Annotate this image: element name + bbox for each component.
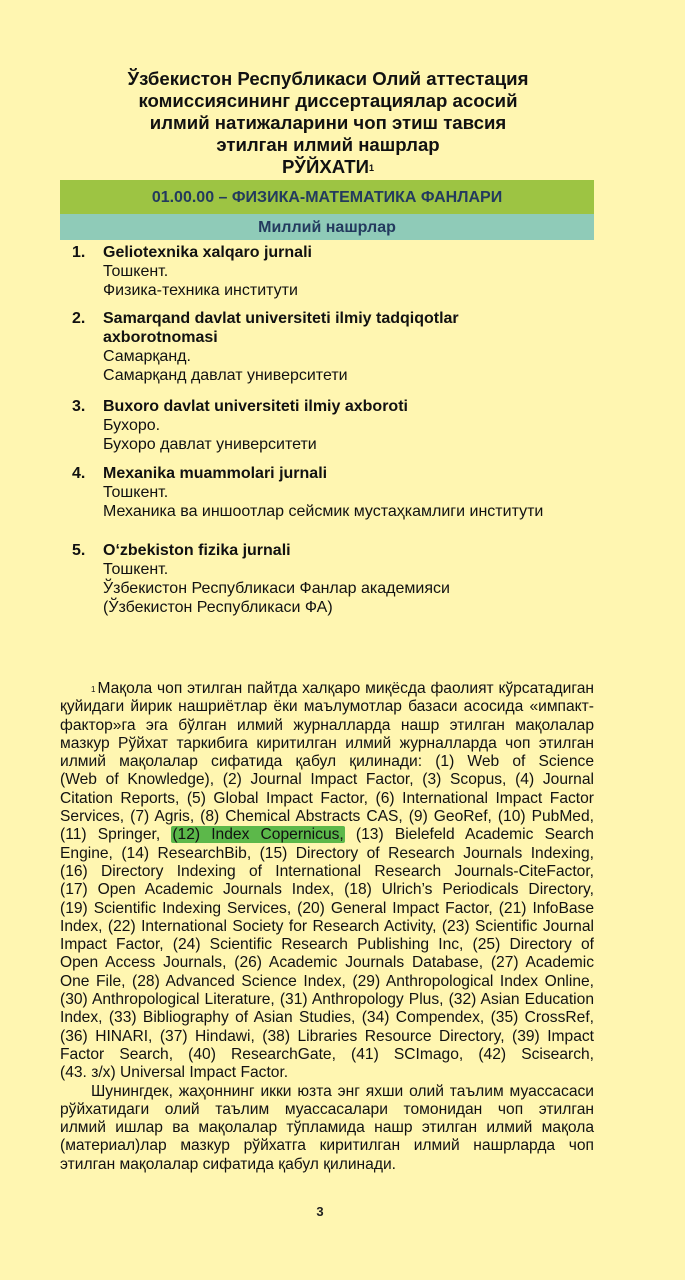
title-line: илмий натижаларини чоп этиш тавсия <box>0 112 656 134</box>
journal-publisher: (Ўзбекистон Республикаси ФА) <box>103 598 612 617</box>
footnote-line: фактор»га эга бўлган илмий журналларда н… <box>60 717 594 735</box>
journal-city: Бухоро. <box>103 416 612 435</box>
footnote-text: (19) Scientific Indexing Services, (20) … <box>60 900 594 917</box>
footnote-reference: 1 <box>369 163 374 173</box>
footnote-text: Engine, (14) ResearchBib, (15) Directory… <box>60 845 594 862</box>
footnote-line: Engine, (14) ResearchBib, (15) Directory… <box>60 845 594 863</box>
footnote-line: Services, (7) Agris, (8) Chemical Abstra… <box>60 808 594 826</box>
footnote-line: рўйхатидаги олий таълим муассасалари том… <box>60 1101 594 1119</box>
footnote-line: Factor Search, (40) ResearchGate, (41) S… <box>60 1046 594 1064</box>
title-list-word: РЎЙХАТИ1 <box>0 156 656 178</box>
footnote-text: (30) Anthropological Literature, (31) An… <box>60 991 594 1008</box>
footnote-text: (36) HINARI, (37) Hindawi, (38) Librarie… <box>60 1028 594 1045</box>
journal-number: 1. <box>72 243 100 262</box>
journal-publisher: Механика ва иншоотлар сейсмик мустаҳкамл… <box>103 502 612 521</box>
footnote-line: Index, (33) Bibliography of Asian Studie… <box>60 1009 594 1027</box>
journal-number: 2. <box>72 309 100 328</box>
footnote-line: One File, (28) Advanced Science Index, (… <box>60 973 594 991</box>
footnote-line: (Web of Knowledge), (2) Journal Impact F… <box>60 771 594 789</box>
footnote: 1Мақола чоп этилган пайтда халқаро миқёс… <box>60 680 594 1174</box>
footnote-mark: 1 <box>91 685 95 694</box>
footnote-text: Citation Reports, (5) Global Impact Fact… <box>60 790 594 807</box>
journal-publisher: Физика-техника институти <box>103 281 612 300</box>
subsection-heading-banner: Миллий нашрлар <box>60 214 594 240</box>
footnote-text: Factor Search, (40) ResearchGate, (41) S… <box>60 1046 594 1063</box>
footnote-paragraph: 1Мақола чоп этилган пайтда халқаро миқёс… <box>60 680 594 1083</box>
journal-name: axborotnomasi <box>103 328 612 347</box>
footnote-line: (17) Open Academic Journals Index, (18) … <box>60 881 594 899</box>
journal-name: Geliotexnika xalqaro jurnali <box>103 243 612 262</box>
journal-item: 2. Samarqand davlat universiteti ilmiy t… <box>72 309 612 385</box>
journal-publisher: Самарқанд давлат университети <box>103 366 612 385</box>
footnote-text: (16) Directory Indexing of International… <box>60 863 594 880</box>
section-heading-banner: 01.00.00 – ФИЗИКА-МАТЕМАТИКА ФАНЛАРИ <box>60 180 594 214</box>
footnote-text: фактор»га эга бўлган илмий журналларда н… <box>60 717 594 734</box>
footnote-line: 1Мақола чоп этилган пайтда халқаро миқёс… <box>60 680 594 698</box>
footnote-line: илмий ишлар ва мақолалар тўпламида нашр … <box>60 1119 594 1137</box>
footnote-text: мазкур Рўйхат таркибига киритилган илмий… <box>60 735 594 752</box>
footnote-line: (30) Anthropological Literature, (31) An… <box>60 991 594 1009</box>
title-line: этилган илмий нашрлар <box>0 134 656 156</box>
journal-name: Buxoro davlat universiteti ilmiy axborot… <box>103 397 612 416</box>
journal-city: Тошкент. <box>103 560 612 579</box>
title-line: комиссиясининг диссертациялар асосий <box>0 90 656 112</box>
journal-name: Mexanika muammolari jurnali <box>103 464 612 483</box>
journal-city: Тошкент. <box>103 262 612 281</box>
journal-number: 3. <box>72 397 100 416</box>
footnote-line: (19) Scientific Indexing Services, (20) … <box>60 900 594 918</box>
footnote-text: Index, (33) Bibliography of Asian Studie… <box>60 1009 594 1026</box>
footnote-text: (11) Springer, <box>60 826 171 843</box>
journal-publisher: Ўзбекистон Республикаси Фанлар академияс… <box>103 579 612 598</box>
footnote-line: қуйидаги йирик нашриётлар ёки маълумотла… <box>60 698 594 716</box>
footnote-line: (36) HINARI, (37) Hindawi, (38) Librarie… <box>60 1028 594 1046</box>
journal-item: 1. Geliotexnika xalqaro jurnali Тошкент.… <box>72 243 612 300</box>
journal-item: 5. O‘zbekiston fizika jurnali Тошкент. Ў… <box>72 541 612 617</box>
footnote-line: Index, (22) International Society for Re… <box>60 918 594 936</box>
footnote-line: Open Access Journals, (26) Academic Jour… <box>60 954 594 972</box>
title-line: Ўзбекистон Республикаси Олий аттестация <box>0 68 656 90</box>
journal-number: 4. <box>72 464 100 483</box>
journal-city: Тошкент. <box>103 483 612 502</box>
journal-publisher: Бухоро давлат университети <box>103 435 612 454</box>
footnote-line: (материал)лар мазкур рўйхатга киритилган… <box>60 1137 594 1155</box>
footnote-text: (Web of Knowledge), (2) Journal Impact F… <box>60 771 594 788</box>
journal-name: O‘zbekiston fizika jurnali <box>103 541 612 560</box>
page-number: 3 <box>0 1204 640 1219</box>
footnote-line: мазкур Рўйхат таркибига киритилган илмий… <box>60 735 594 753</box>
footnote-line: Шунингдек, жаҳоннинг икки юзта энг яхши … <box>60 1083 594 1101</box>
journal-city: Самарқанд. <box>103 347 612 366</box>
footnote-text: Мақола чоп этилган пайтда халқаро миқёсд… <box>97 680 594 697</box>
footnote-text: (13) Bielefeld Academic Search <box>345 826 594 843</box>
document-title: Ўзбекистон Республикаси Олий аттестация … <box>0 68 656 178</box>
footnote-text: One File, (28) Advanced Science Index, (… <box>60 973 594 990</box>
footnote-text: илмий мақолалар сифатида қабул қилинади:… <box>60 753 594 770</box>
footnote-line: (11) Springer, (12) Index Copernicus, (1… <box>60 826 594 844</box>
journal-number: 5. <box>72 541 100 560</box>
footnote-line: Impact Factor, (24) Scientific Research … <box>60 936 594 954</box>
footnote-text: (43. з/х) Universal Impact Factor. <box>60 1064 288 1081</box>
footnote-line: Citation Reports, (5) Global Impact Fact… <box>60 790 594 808</box>
journal-item: 4. Mexanika muammolari jurnali Тошкент. … <box>72 464 612 521</box>
footnote-text: қуйидаги йирик нашриётлар ёки маълумотла… <box>60 698 594 715</box>
footnote-text: (17) Open Academic Journals Index, (18) … <box>60 881 594 898</box>
footnote-line: илмий мақолалар сифатида қабул қилинади:… <box>60 753 594 771</box>
highlighted-index-copernicus: (12) Index Copernicus, <box>171 826 344 843</box>
footnote-line: этилган мақолалар сифатида қабул қилинад… <box>60 1156 594 1174</box>
footnote-text: Open Access Journals, (26) Academic Jour… <box>60 954 594 971</box>
journal-name: Samarqand davlat universiteti ilmiy tadq… <box>103 309 612 328</box>
footnote-line: (16) Directory Indexing of International… <box>60 863 594 881</box>
footnote-line: (43. з/х) Universal Impact Factor. <box>60 1064 594 1082</box>
journal-item: 3. Buxoro davlat universiteti ilmiy axbo… <box>72 397 612 454</box>
footnote-text: Index, (22) International Society for Re… <box>60 918 594 935</box>
footnote-text: Services, (7) Agris, (8) Chemical Abstra… <box>60 808 594 825</box>
footnote-text: Impact Factor, (24) Scientific Research … <box>60 936 594 953</box>
footnote-paragraph: Шунингдек, жаҳоннинг икки юзта энг яхши … <box>60 1083 594 1174</box>
